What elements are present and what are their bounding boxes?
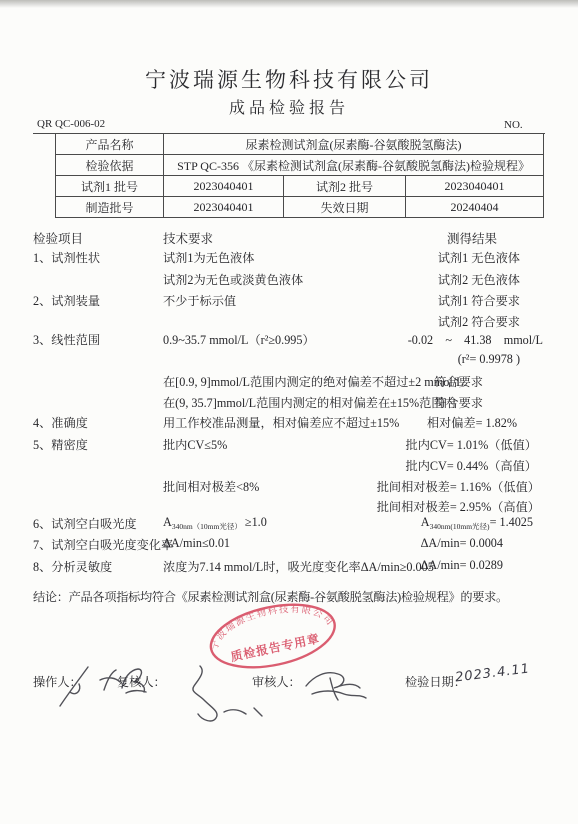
info-label: 制造批号 bbox=[56, 197, 164, 218]
item-label: 1、试剂性状 bbox=[33, 249, 100, 266]
result-text: (r²= 0.9978 ) bbox=[458, 352, 520, 367]
requirement-text: 在(9, 35.7]mmol/L范围内测定的相对偏差在±15%范围内 bbox=[163, 394, 456, 411]
table-row: 制造批号 2023040401 失效日期 20240404 bbox=[56, 197, 544, 218]
requirement-text: 批内CV≤5% bbox=[163, 436, 227, 453]
requirement-text: 浓度为7.14 mmol/L时，吸光度变化率ΔA/min≥0.005 bbox=[163, 558, 434, 575]
requirement-text: 在[0.9, 9]mmol/L范围内测定的绝对偏差不超过±2 mmol/L bbox=[163, 373, 464, 390]
test-line: 7、试剂空白吸光度变化率 ΔA/min≤0.01 ΔA/min= 0.0004 bbox=[0, 536, 578, 556]
result-text: 批内CV= 1.01%（低值） bbox=[406, 436, 537, 453]
test-line: 2、试剂装量 不少于标示值 试剂1 符合要求 bbox=[0, 292, 578, 312]
info-label: 试剂2 批号 bbox=[284, 176, 406, 197]
report-title: 成品检验报告 bbox=[0, 95, 578, 118]
test-line: (r²= 0.9978 ) bbox=[0, 352, 578, 372]
item-label: 2、试剂装量 bbox=[33, 292, 100, 309]
test-line: 4、准确度 用工作校准品测量，相对偏差应不超过±15% 相对偏差= 1.82% bbox=[0, 414, 578, 434]
scan-edge-shadow bbox=[0, 0, 578, 8]
item-label: 5、精密度 bbox=[33, 436, 88, 453]
info-value: 20240404 bbox=[406, 197, 544, 218]
result-text: 试剂1 符合要求 bbox=[438, 292, 520, 309]
test-line: 试剂2 符合要求 bbox=[0, 313, 578, 333]
test-line: 在[0.9, 9]mmol/L范围内测定的绝对偏差不超过±2 mmol/L 符合… bbox=[0, 373, 578, 393]
company-name: 宁波瑞源生物科技有限公司 bbox=[0, 64, 578, 94]
result-text: 符合要求 bbox=[434, 373, 483, 390]
table-row: 检验依据 STP QC-356 《尿素检测试剂盒(尿素酶-谷氨酸脱氢酶法)检验规… bbox=[56, 155, 544, 176]
column-result: 测得结果 bbox=[447, 229, 497, 247]
info-label: 试剂1 批号 bbox=[56, 176, 164, 197]
document-code: QR QC-006-02 bbox=[37, 118, 105, 130]
result-text: 试剂2 符合要求 bbox=[438, 313, 520, 330]
requirement-text: 0.9~35.7 mmol/L（r²≥0.995） bbox=[163, 331, 315, 348]
requirement-text: 用工作校准品测量，相对偏差应不超过±15% bbox=[163, 414, 399, 431]
requirement-text: 批间相对极差<8% bbox=[163, 478, 259, 495]
result-text: ΔA/min= 0.0004 bbox=[421, 536, 503, 551]
item-label: 4、准确度 bbox=[33, 414, 88, 431]
result-text: 批间相对极差= 2.95%（高值） bbox=[377, 498, 540, 515]
requirement-text: ΔA/min≤0.01 bbox=[163, 536, 230, 551]
result-text: 相对偏差= 1.82% bbox=[427, 414, 517, 431]
product-info-table: 产品名称 尿素检测试剂盒(尿素酶-谷氨酸脱氢酶法) 检验依据 STP QC-35… bbox=[55, 133, 544, 218]
requirement-text: 试剂2为无色或淡黄色液体 bbox=[163, 271, 303, 288]
test-line: 1、试剂性状 试剂1为无色液体 试剂1 无色液体 bbox=[0, 249, 578, 269]
test-line: 在(9, 35.7]mmol/L范围内测定的相对偏差在±15%范围内 符合要求 bbox=[0, 394, 578, 414]
column-requirement: 技术要求 bbox=[163, 229, 213, 247]
info-value: 2023040401 bbox=[406, 176, 544, 197]
auditor-label: 审核人： bbox=[252, 673, 301, 690]
result-text: 试剂1 无色液体 bbox=[438, 249, 520, 266]
info-value: 2023040401 bbox=[164, 176, 284, 197]
inspection-date-handwritten: 2023.4.11 bbox=[454, 661, 530, 685]
result-text: 符合要求 bbox=[434, 394, 483, 411]
requirement-text: 不少于标示值 bbox=[163, 292, 236, 309]
stamp-center-text: 质检报告专用章 bbox=[229, 630, 321, 664]
item-label: 7、试剂空白吸光度变化率 bbox=[33, 536, 173, 553]
info-value: 尿素检测试剂盒(尿素酶-谷氨酸脱氢酶法) bbox=[164, 134, 544, 155]
test-line: 8、分析灵敏度 浓度为7.14 mmol/L时，吸光度变化率ΔA/min≥0.0… bbox=[0, 558, 578, 578]
result-text: ΔA/min= 0.0289 bbox=[421, 558, 503, 573]
result-text: 批间相对极差= 1.16%（低值） bbox=[377, 478, 540, 495]
table-row: 试剂1 批号 2023040401 试剂2 批号 2023040401 bbox=[56, 176, 544, 197]
info-label: 失效日期 bbox=[284, 197, 406, 218]
info-value: STP QC-356 《尿素检测试剂盒(尿素酶-谷氨酸脱氢酶法)检验规程》 bbox=[164, 155, 544, 176]
inspection-report-page: 宁波瑞源生物科技有限公司 成品检验报告 QR QC-006-02 NO. 产品名… bbox=[0, 0, 578, 824]
info-label: 检验依据 bbox=[56, 155, 164, 176]
test-line: 5、精密度 批内CV≤5% 批内CV= 1.01%（低值） bbox=[0, 436, 578, 456]
item-label: 8、分析灵敏度 bbox=[33, 558, 112, 575]
info-label: 产品名称 bbox=[56, 134, 164, 155]
result-text: A340nm(10mm光径)= 1.4025 bbox=[421, 515, 533, 530]
result-text: 批内CV= 0.44%（高值） bbox=[406, 457, 537, 474]
requirement-text: A340nm（10mm光径） ≥1.0 bbox=[163, 515, 267, 530]
result-text: 试剂2 无色液体 bbox=[438, 271, 520, 288]
test-line: 批间相对极差<8% 批间相对极差= 1.16%（低值） bbox=[0, 478, 578, 498]
item-label: 3、线性范围 bbox=[33, 331, 100, 348]
report-number-label: NO. bbox=[504, 119, 523, 131]
info-value: 2023040401 bbox=[164, 197, 284, 218]
test-line: 6、试剂空白吸光度 A340nm（10mm光径） ≥1.0 A340nm(10m… bbox=[0, 515, 578, 535]
table-row: 产品名称 尿素检测试剂盒(尿素酶-谷氨酸脱氢酶法) bbox=[56, 134, 544, 155]
test-line: 3、线性范围 0.9~35.7 mmol/L（r²≥0.995） -0.02 ~… bbox=[0, 331, 578, 351]
result-text: -0.02 ~ 41.38 mmol/L bbox=[408, 331, 543, 348]
operator-label: 操作人： bbox=[33, 673, 82, 690]
column-item: 检验项目 bbox=[33, 229, 83, 247]
test-line: 批内CV= 0.44%（高值） bbox=[0, 457, 578, 477]
test-line: 试剂2为无色或淡黄色液体 试剂2 无色液体 bbox=[0, 271, 578, 291]
requirement-text: 试剂1为无色液体 bbox=[163, 249, 254, 266]
checker-label: 复核人： bbox=[117, 673, 166, 690]
item-label: 6、试剂空白吸光度 bbox=[33, 515, 137, 532]
